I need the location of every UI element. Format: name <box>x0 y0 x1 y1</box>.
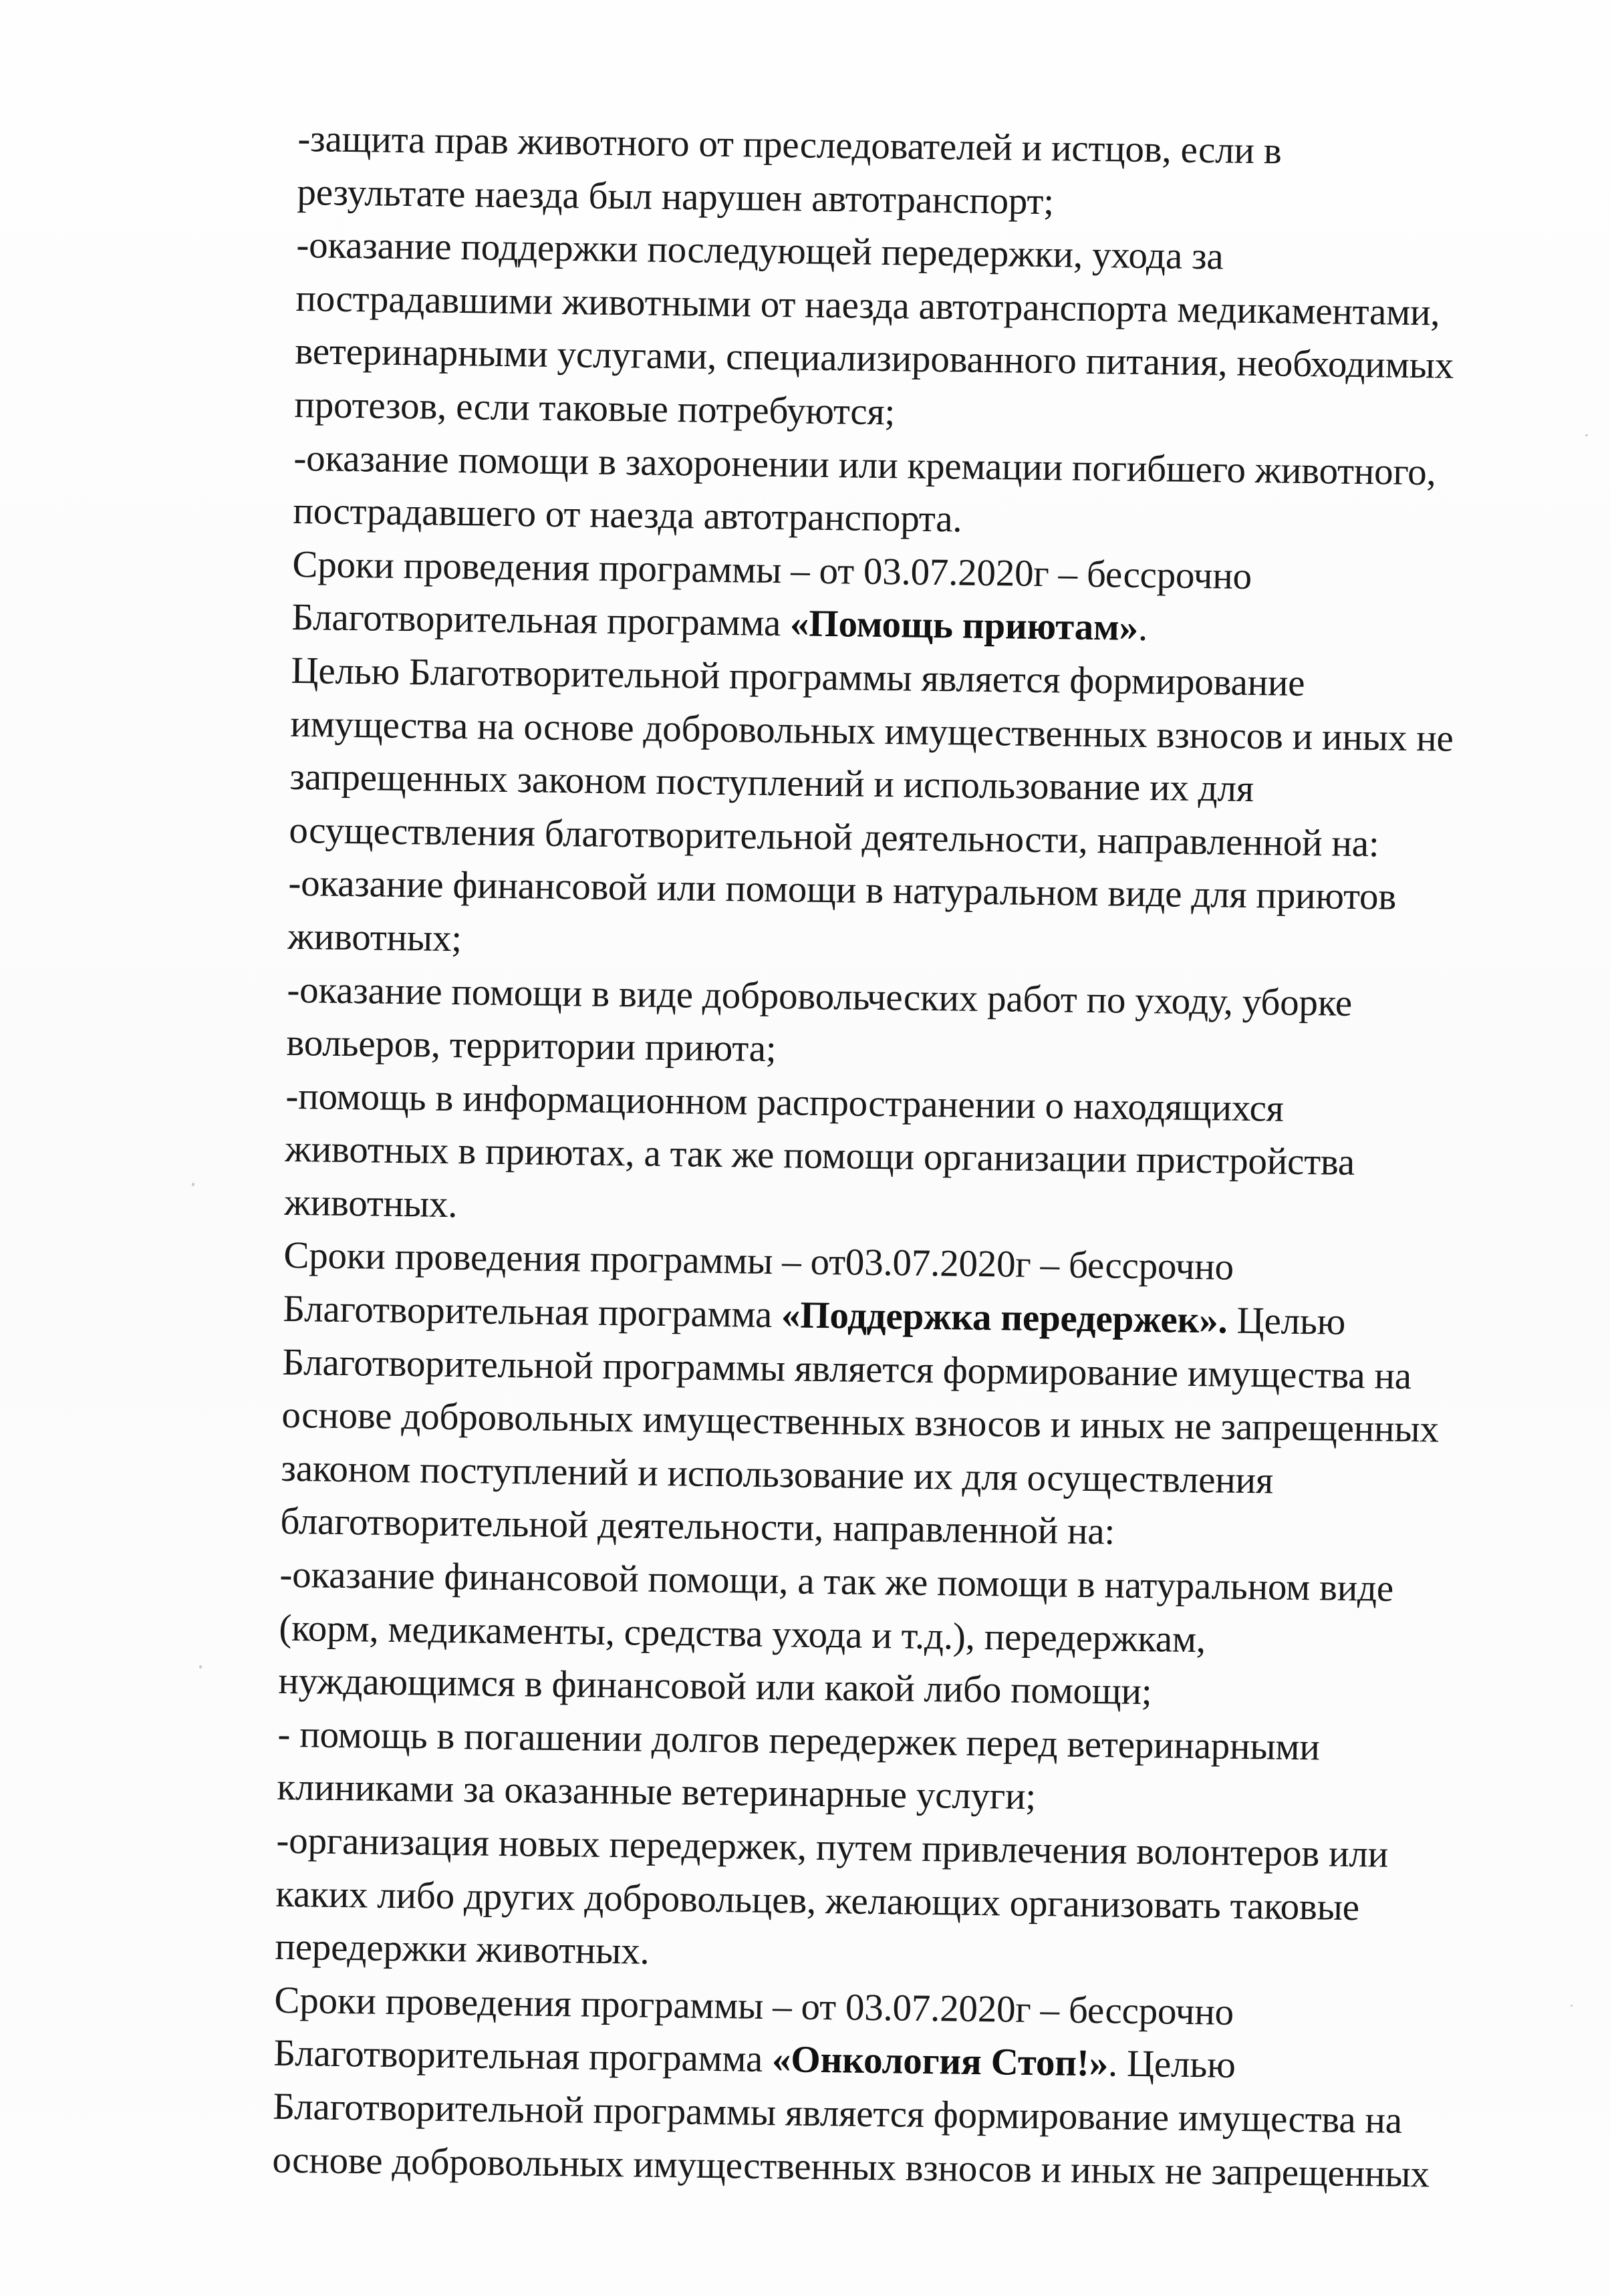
scan-speck <box>199 1665 202 1669</box>
scan-speck <box>192 1183 194 1186</box>
scan-speck <box>1585 434 1588 436</box>
program-name-shelters: «Помощь приютам» <box>790 603 1139 650</box>
program-name-oncology-stop: «Онкология Стоп!» <box>772 2039 1109 2085</box>
program-name-foster-support: «Поддержка передержек». <box>781 1294 1228 1341</box>
scan-speck <box>1571 2005 1573 2007</box>
scanned-page: -защита прав животного от преследователе… <box>0 0 1610 2296</box>
document-body: -защита прав животного от преследователе… <box>272 112 1501 2202</box>
